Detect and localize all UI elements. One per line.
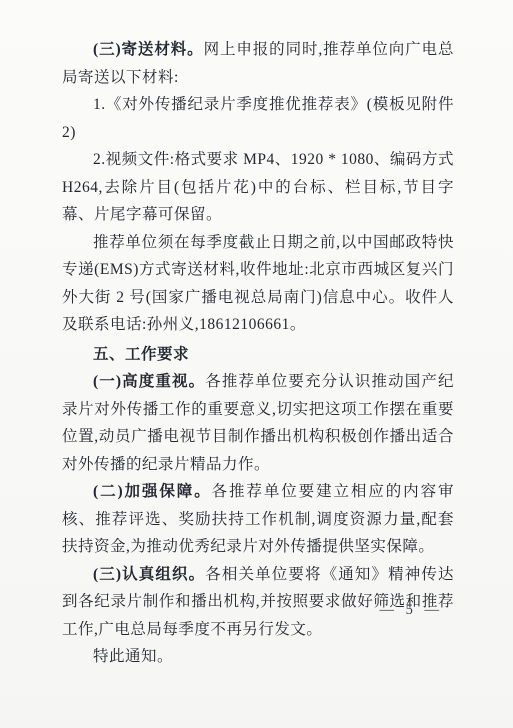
paragraph-lead: (三)寄送材料。: [93, 41, 204, 58]
paragraph: (三)寄送材料。网上申报的同时,推荐单位向广电总局寄送以下材料:: [62, 36, 454, 91]
paragraph: (二)加强保障。各推荐单位要建立相应的内容审核、推荐评选、奖励扶持工作机制,调度…: [62, 478, 454, 561]
paragraph: 1.《对外传播纪录片季度推优推荐表》(模板见附件 2): [62, 91, 454, 146]
paragraph: (一)高度重视。各推荐单位要充分认识推动国产纪录片对外传播工作的重要意义,切实把…: [62, 368, 454, 478]
paragraph-lead: (三)认真组织。: [93, 566, 205, 583]
document-page: (三)寄送材料。网上申报的同时,推荐单位向广电总局寄送以下材料:1.《对外传播纪…: [0, 0, 513, 728]
paragraph: 2.视频文件:格式要求 MP4、1920 * 1080、编码方式 H264,去除…: [62, 146, 454, 229]
page-number: — 5 —: [380, 602, 444, 619]
paragraph: 推荐单位须在每季度截止日期之前,以中国邮政特快专递(EMS)方式寄送材料,收件地…: [62, 229, 454, 339]
section-heading: 五、工作要求: [62, 341, 454, 369]
document-body: (三)寄送材料。网上申报的同时,推荐单位向广电总局寄送以下材料:1.《对外传播纪…: [62, 36, 454, 671]
paragraph-lead: (二)加强保障。: [93, 483, 212, 500]
paragraph: 特此通知。: [62, 643, 454, 671]
paragraph-lead: (一)高度重视。: [93, 373, 205, 390]
